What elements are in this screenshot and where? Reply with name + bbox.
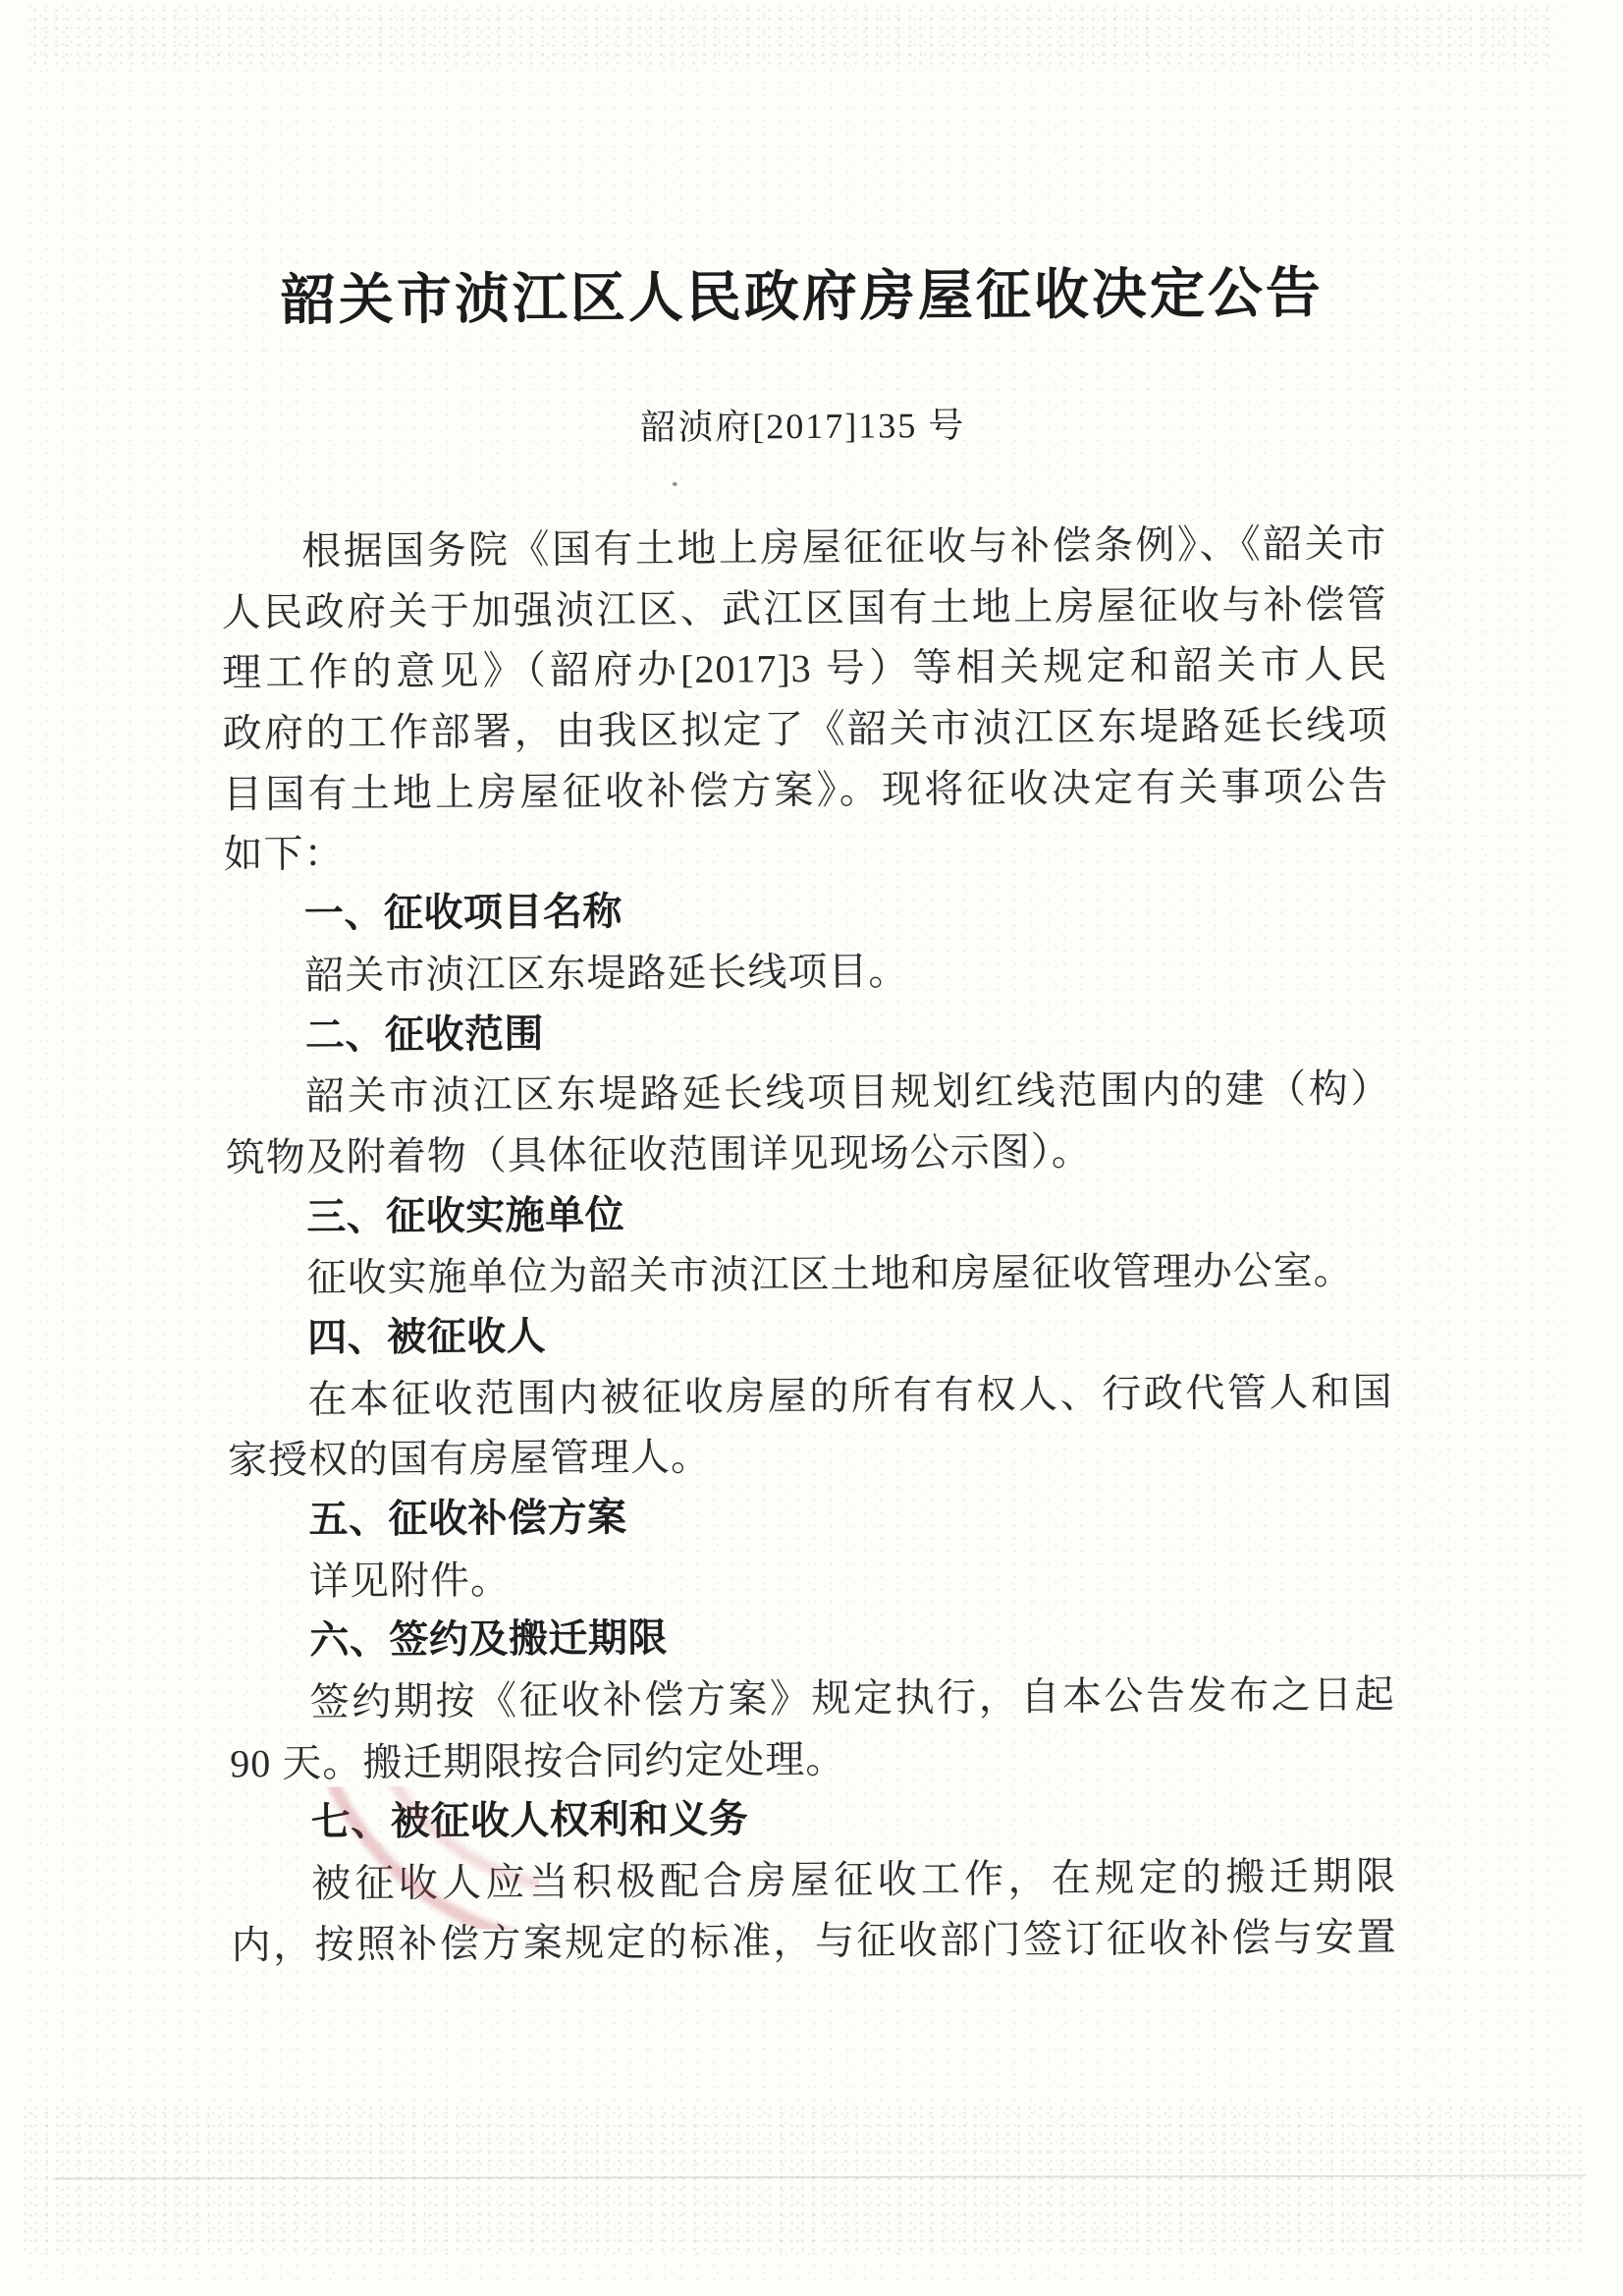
body-line: 90 天。搬迁期限按合同约定处理。 (230, 1724, 1395, 1793)
section-heading: 六、签约及搬迁期限 (229, 1604, 1394, 1672)
body-line: 被征收人应当积极配合房屋征收工作，在规定的搬迁期限 (231, 1846, 1396, 1915)
section-heading: 三、征收实施单位 (226, 1179, 1391, 1248)
body-line: 政府的工作部署，由我区拟定了《韶关市浈江区东堤路延长线项 (222, 695, 1387, 764)
body-line: 内，按照补偿方案规定的标准，与征收部门签订征收补偿与安置 (231, 1906, 1396, 1975)
body-line: 在本征收范围内被征收房屋的所有有权人、行政代管人和国 (227, 1361, 1392, 1430)
body-line: 筑物及附着物（具体征收范围详见现场公示图）。 (226, 1120, 1391, 1188)
body-line: 征收实施单位为韶关市浈江区土地和房屋征收管理办公室。 (226, 1240, 1391, 1309)
body-line: 目国有土地上房屋征收补偿方案》。现将征收决定有关事项公告 (223, 755, 1388, 824)
section-heading: 一、征收项目名称 (224, 877, 1389, 946)
body-line: 韶关市浈江区东堤路延长线项目规划红线范围内的建（构） (225, 1059, 1390, 1127)
document-number: 韶浈府[2017]135 号 (220, 395, 1385, 454)
document-body: 根据国务院《国有土地上房屋征征收与补偿条例》、《韶关市 人民政府关于加强浈江区、… (221, 514, 1397, 1976)
section-heading: 五、征收补偿方案 (228, 1483, 1393, 1552)
ink-speck-artifact (673, 482, 677, 486)
document-page: 韶关市浈江区人民政府房屋征收决定公告 韶浈府[2017]135 号 根据国务院《… (0, 0, 1623, 2296)
document-content: 韶关市浈江区人民政府房屋征收决定公告 韶浈府[2017]135 号 根据国务院《… (0, 0, 1623, 2296)
section-heading: 二、征收范围 (225, 998, 1390, 1066)
body-line: 韶关市浈江区东堤路延长线项目。 (224, 937, 1389, 1006)
body-line: 家授权的国有房屋管理人。 (228, 1422, 1393, 1491)
body-line: 人民政府关于加强浈江区、武江区国有土地上房屋征收与补偿管 (221, 574, 1386, 642)
body-line: 签约期按《征收补偿方案》规定执行，自本公告发布之日起 (230, 1665, 1395, 1733)
section-heading: 四、被征收人 (227, 1301, 1392, 1370)
body-line: 详见附件。 (229, 1543, 1394, 1612)
section-heading: 七、被征收人权利和义务 (231, 1785, 1396, 1854)
body-line: 根据国务院《国有土地上房屋征征收与补偿条例》、《韶关市 (221, 514, 1386, 582)
body-line: 如下： (223, 816, 1388, 885)
body-line: 理工作的意见》（韶府办[2017]3 号）等相关规定和韶关市人民 (222, 634, 1387, 703)
document-title: 韶关市浈江区人民政府房屋征收决定公告 (219, 249, 1385, 337)
